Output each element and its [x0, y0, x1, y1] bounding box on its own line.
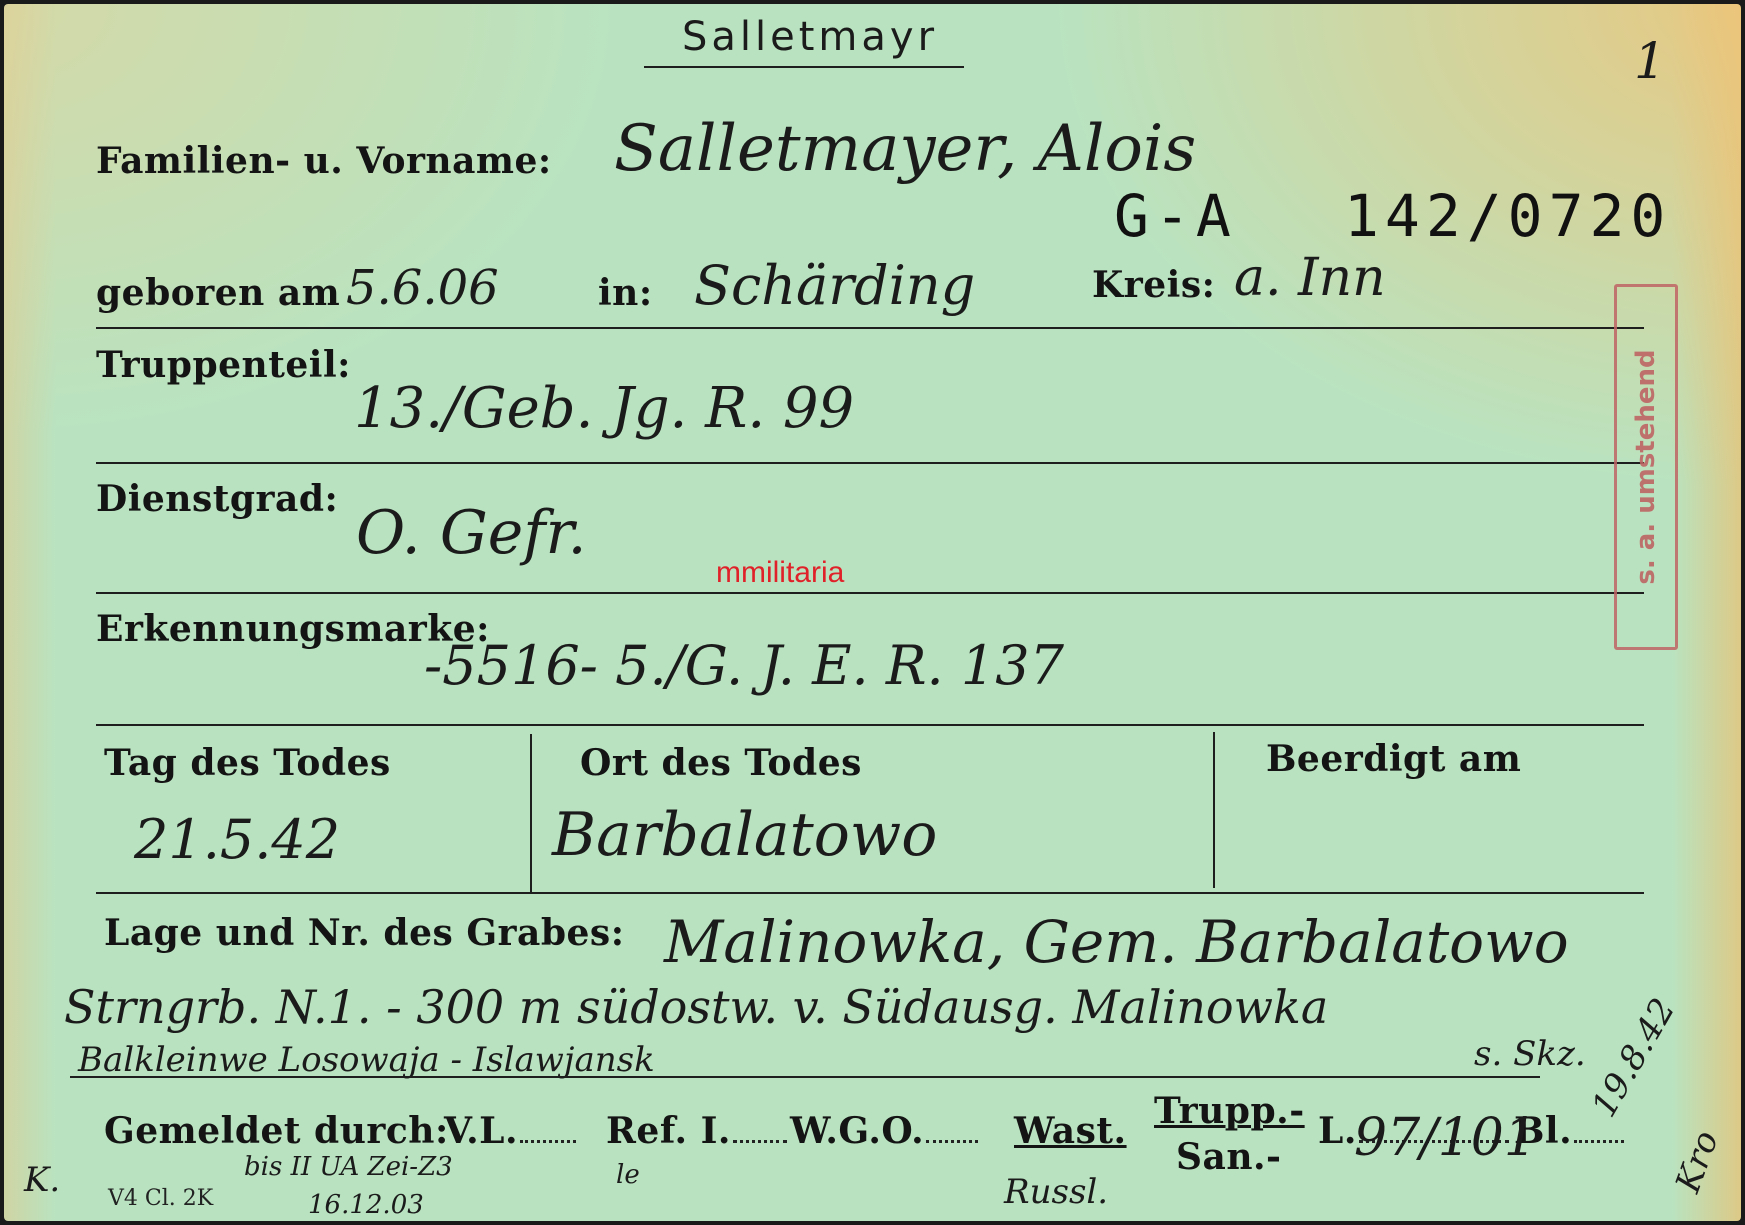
reported-option-wast: Wast.: [1014, 1110, 1127, 1152]
rule-1: [96, 327, 1644, 329]
district-value: a. Inn: [1234, 248, 1386, 308]
reported-option-san: San.-: [1176, 1136, 1281, 1178]
side-stamp-text: s. a. umstehend: [1631, 349, 1661, 584]
death-place-value: Barbalatowo: [552, 800, 937, 870]
death-date-value: 21.5.42: [134, 808, 340, 871]
grave-line-1: Malinowka, Gem. Barbalatowo: [664, 908, 1569, 976]
grave-line-2: Strngrb. N.1. - 300 m südostw. v. Südaus…: [64, 980, 1328, 1034]
unit-value: 13./Geb. Jg. R. 99: [354, 376, 854, 441]
col-divider-2: [1213, 732, 1215, 888]
side-stamp: s. a. umstehend: [1614, 284, 1678, 650]
watermark: mmilitaria: [716, 556, 844, 590]
rule-6: [70, 1076, 1540, 1078]
grave-line-4: s. Skz.: [1474, 1034, 1586, 1074]
birth-place-value: Schärding: [694, 254, 975, 317]
reported-option-ref: Ref. I.: [606, 1110, 787, 1152]
index-card: Salletmayr 1 Familien- u. Vorname: Salle…: [4, 4, 1741, 1221]
l-value: 97/101: [1354, 1108, 1537, 1168]
rank-label: Dienstgrad:: [96, 478, 338, 520]
birth-date-label: geboren am: [96, 272, 340, 314]
reported-option-trupp: Trupp.-: [1154, 1090, 1305, 1132]
id-tag-value: -5516- 5./G. J. E. R. 137: [424, 634, 1064, 697]
surname-print: Salletmayr: [682, 14, 938, 60]
rule-4: [96, 724, 1644, 726]
grave-line-3: Balkleinwe Losowaja - Islawjansk: [78, 1040, 655, 1080]
buried-label: Beerdigt am: [1266, 738, 1521, 780]
reported-option-vl: V.L.: [444, 1110, 576, 1152]
birth-date-value: 5.6.06: [346, 260, 499, 316]
date-note: 19.8.42: [1584, 992, 1684, 1124]
footer-annotation: bis II UA Zei-Z3: [244, 1152, 453, 1182]
reported-by-label: Gemeldet durch:: [104, 1110, 449, 1152]
footer-annotation-initial: le: [616, 1160, 640, 1190]
grave-label: Lage und Nr. des Grabes:: [104, 912, 624, 954]
rank-value: O. Gefr.: [356, 498, 587, 568]
birth-place-label: in:: [598, 272, 653, 314]
file-stamp-number: 142/0720: [1344, 182, 1671, 250]
surname-underline: [644, 66, 964, 68]
unit-label: Truppenteil:: [96, 344, 351, 386]
reported-option-wgo: W.G.O.: [790, 1110, 978, 1152]
footer-annotation-date: 16.12.03: [308, 1190, 424, 1220]
col-divider-1: [530, 734, 532, 894]
file-stamp-prefix: G-A: [1114, 182, 1237, 250]
death-place-label: Ort des Todes: [580, 742, 862, 784]
country-note: Russl.: [1004, 1172, 1108, 1212]
name-value: Salletmayer, Alois: [614, 112, 1196, 186]
rule-2: [96, 462, 1644, 464]
rule-3: [96, 592, 1644, 594]
card-number: 1: [1634, 32, 1666, 90]
rule-5: [96, 892, 1644, 894]
district-label: Kreis:: [1092, 264, 1215, 306]
name-label: Familien- u. Vorname:: [96, 140, 552, 182]
side-mark: K.: [24, 1160, 60, 1200]
death-date-label: Tag des Todes: [104, 742, 391, 784]
form-code: V4 Cl. 2K: [108, 1186, 213, 1211]
initials-note: Kro: [1668, 1126, 1727, 1198]
